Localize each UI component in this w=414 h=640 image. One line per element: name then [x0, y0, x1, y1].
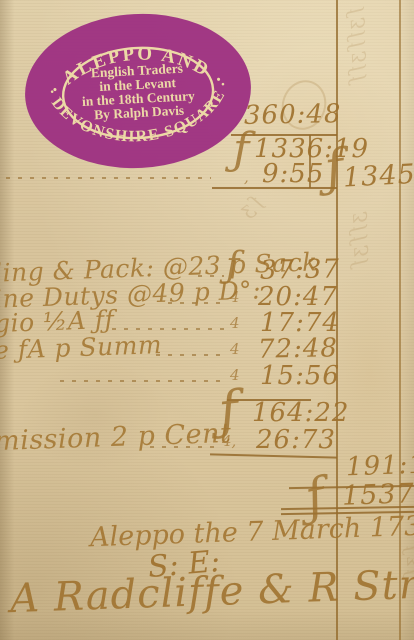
ledger-tick: 4 — [230, 316, 240, 331]
ledger-tick: 4 — [230, 290, 240, 305]
dateline: Aleppo the 7 March 1736/7 — [90, 512, 414, 552]
ledger-item-value: 15:56 — [260, 363, 340, 389]
dotted-leader — [112, 328, 224, 330]
publisher-stamp: · ALEPPO AND · · DEVONSHIRE SQUARE · Eng… — [18, 6, 258, 176]
book-cover-scan: ſʒſſʒſſ ʒſſʒſ ſʒſ ſʒ , 360:48 ƒ 1336:19 … — [0, 0, 414, 640]
bleed-through-mark: ʒſſʒſ — [346, 212, 373, 343]
dotted-leader — [156, 354, 224, 356]
dateline-main: Aleppo the 7 March 173 — [90, 511, 414, 554]
ledger-item-value: 37:37 — [260, 256, 340, 283]
ledger-item-text: e ƒA p Summ — [0, 332, 162, 363]
carried-total-value: 1345:7 — [342, 159, 414, 191]
carried-row1-value: 360:48 — [244, 101, 342, 129]
ledger-item-value: 17:74 — [260, 310, 340, 336]
dotted-leader — [60, 380, 224, 382]
ledger-item-value: 72:48 — [258, 335, 338, 362]
ledger-tick: , — [244, 170, 249, 185]
ledger-tick: 4, — [222, 434, 236, 449]
carried-row3-value: 9:55 — [262, 161, 324, 187]
bleed-through-mark: ſʒ — [234, 191, 266, 223]
subtotal-value: 164:22 — [252, 400, 349, 426]
ledger-item-value: 20:47 — [258, 284, 338, 310]
dotted-leader — [150, 446, 214, 448]
grand-total-value: 1537:0 — [342, 479, 414, 510]
ledger-tick: 4 — [230, 342, 240, 357]
dotted-leader — [168, 302, 224, 304]
commission-text: mission 2 p Cent — [0, 420, 232, 455]
ledger-vertical-rule-right — [399, 0, 401, 640]
carry-right-value: 191:1 — [346, 452, 414, 481]
dotted-leader — [6, 177, 211, 179]
commission-value: 26:73 — [256, 427, 336, 453]
signature: A Radcliffe & R Strutton — [9, 561, 414, 619]
